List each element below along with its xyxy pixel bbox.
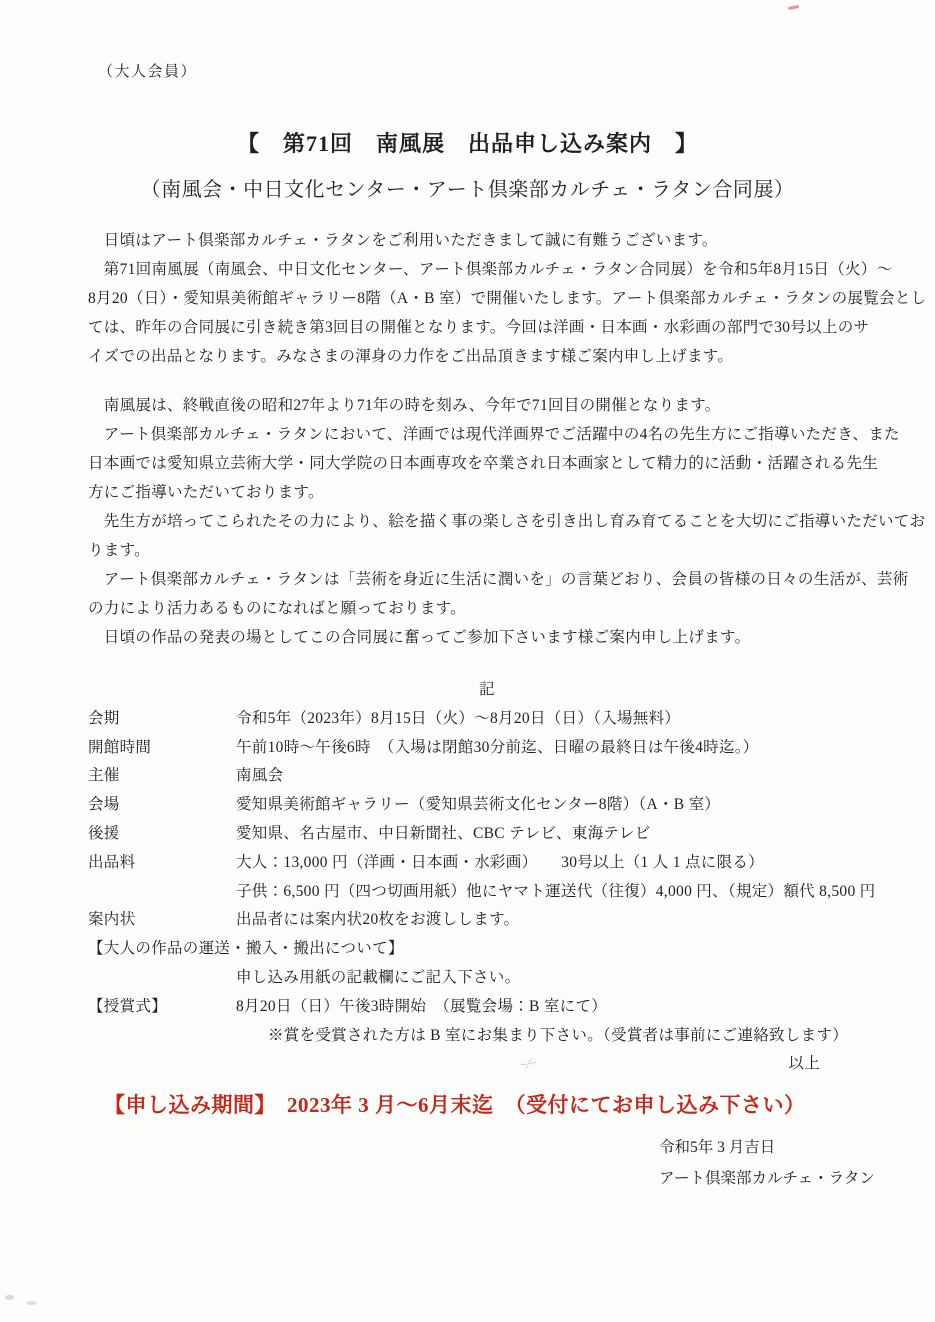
signature-line: アート倶楽部カルチェ・ラタン: [659, 1163, 875, 1194]
detail-row: 出品料 大人：13,000 円（洋画・日本画・水彩画） 30号以上（1 人 1 …: [88, 849, 886, 878]
detail-label: 会期: [88, 705, 236, 734]
award-note: ※賞を受賞された方は B 室にお集まり下さい。（受賞者は事前にご連絡致します）: [88, 1022, 886, 1051]
paragraph-line: アート倶楽部カルチェ・ラタンは「芸術を身近に生活に潤いを」の言葉どおり、会員の皆…: [88, 565, 886, 594]
paragraph-line: 方にご指導いただいております。: [88, 478, 886, 507]
date-line: 令和5年 3 月吉日: [659, 1132, 875, 1163]
detail-row: 会場 愛知県美術館ギャラリー（愛知県芸術文化センター8階）（A・B 室）: [88, 791, 886, 820]
detail-label: 案内状: [88, 906, 236, 935]
paragraph-line: 8月20（日）・愛知県美術館ギャラリー8階（A・B 室）で開催いたします。アート…: [88, 284, 886, 313]
document-page: （大人会員） 【 第71回 南風展 出品申し込み案内 】 （南風会・中日文化セン…: [0, 0, 935, 1322]
award-value: 8月20日（日）午後3時開始 （展覧会場：B 室にて）: [236, 993, 607, 1022]
details-rows: 会期 令和5年（2023年）8月15日（火）～8月20日（日）（入場無料） 開館…: [88, 705, 886, 935]
transport-note: 申し込み用紙の記載欄にご記入下さい。: [88, 964, 886, 993]
detail-row: 会期 令和5年（2023年）8月15日（火）～8月20日（日）（入場無料）: [88, 705, 886, 734]
detail-label: 後援: [88, 820, 236, 849]
document-title: 【 第71回 南風展 出品申し込み案内 】: [0, 127, 935, 158]
detail-value: 大人：13,000 円（洋画・日本画・水彩画） 30号以上（1 人 1 点に限る…: [236, 849, 764, 878]
detail-value: 子供：6,500 円（四つ切画用紙）他にヤマト運送代（往復）4,000 円、（規…: [236, 878, 875, 907]
paragraph-line: 第71回南風展（南風会、中日文化センター、アート倶楽部カルチェ・ラタン合同展）を…: [88, 255, 886, 284]
detail-label: 出品料: [88, 849, 236, 878]
detail-row: 子供：6,500 円（四つ切画用紙）他にヤマト運送代（往復）4,000 円、（規…: [88, 878, 886, 907]
details-section: 記 会期 令和5年（2023年）8月15日（火）～8月20日（日）（入場無料） …: [88, 676, 886, 1079]
paragraph-line: ります。: [88, 536, 886, 565]
paragraph-line: イズでの出品となります。みなさまの渾身の力作をご出品頂きます様ご案内申し上げます…: [88, 342, 886, 371]
closing-label: 以上: [88, 1050, 886, 1079]
detail-label: [88, 878, 236, 907]
member-type-label: （大人会員）: [98, 60, 197, 81]
history-paragraph: 南風展は、終戦直後の昭和27年より71年の時を刻み、今年で71回目の開催となりま…: [88, 391, 886, 652]
intro-paragraph: 日頃はアート倶楽部カルチェ・ラタンをご利用いただきまして誠に有難うございます。 …: [88, 226, 886, 371]
detail-value: 午前10時～午後6時 （入場は閉館30分前迄、日曜の最終日は午後4時迄。）: [236, 734, 759, 763]
record-heading: 記: [88, 676, 886, 705]
detail-label: 主催: [88, 762, 236, 791]
detail-row: 開館時間 午前10時～午後6時 （入場は閉館30分前迄、日曜の最終日は午後4時迄…: [88, 734, 886, 763]
scan-artifact-center-mark: −⁄−: [519, 1055, 538, 1073]
award-row: 【授賞式】 8月20日（日）午後3時開始 （展覧会場：B 室にて）: [88, 993, 886, 1022]
document-subtitle: （南風会・中日文化センター・アート倶楽部カルチェ・ラタン合同展）: [0, 173, 935, 202]
detail-label: 会場: [88, 791, 236, 820]
signature-block: 令和5年 3 月吉日 アート倶楽部カルチェ・ラタン: [659, 1132, 875, 1194]
paragraph-line: アート倶楽部カルチェ・ラタンにおいて、洋画では現代洋画界でご活躍中の4名の先生方…: [88, 420, 886, 449]
transport-section-heading: 【大人の作品の運送・搬入・搬出について】: [88, 935, 886, 964]
detail-value: 愛知県美術館ギャラリー（愛知県芸術文化センター8階）（A・B 室）: [236, 791, 720, 820]
application-period-banner: 【申し込み期間】 2023年 3 月～6月末迄 （受付にてお申し込み下さい）: [104, 1089, 806, 1119]
paragraph-line: の力により活力あるものになればと願っております。: [88, 594, 886, 623]
detail-row: 主催 南風会: [88, 762, 886, 791]
award-label: 【授賞式】: [88, 993, 236, 1022]
scan-speck: [26, 1301, 37, 1305]
detail-value: 南風会: [236, 762, 283, 791]
paragraph-line: 先生方が培ってこられたその力により、絵を描く事の楽しさを引き出し育み育てることを…: [88, 507, 886, 536]
detail-row: 案内状 出品者には案内状20枚をお渡しします。: [88, 906, 886, 935]
scan-speck-red: [788, 5, 799, 10]
paragraph-line: 日頃の作品の発表の場としてこの合同展に奮ってご参加下さいます様ご案内申し上げます…: [88, 623, 886, 652]
paragraph-line: 南風展は、終戦直後の昭和27年より71年の時を刻み、今年で71回目の開催となりま…: [88, 391, 886, 420]
paragraph-line: 日本画では愛知県立芸術大学・同大学院の日本画専攻を卒業され日本画家として精力的に…: [88, 449, 886, 478]
detail-label: 開館時間: [88, 734, 236, 763]
detail-row: 後援 愛知県、名古屋市、中日新聞社、CBC テレビ、東海テレビ: [88, 820, 886, 849]
paragraph-line: ては、昨年の合同展に引き続き第3回目の開催となります。今回は洋画・日本画・水彩画…: [88, 313, 886, 342]
paragraph-line: 日頃はアート倶楽部カルチェ・ラタンをご利用いただきまして誠に有難うございます。: [88, 226, 886, 255]
scan-speck: [5, 1295, 14, 1300]
detail-value: 愛知県、名古屋市、中日新聞社、CBC テレビ、東海テレビ: [236, 820, 651, 849]
detail-value: 出品者には案内状20枚をお渡しします。: [236, 906, 519, 935]
detail-value: 令和5年（2023年）8月15日（火）～8月20日（日）（入場無料）: [236, 705, 680, 734]
